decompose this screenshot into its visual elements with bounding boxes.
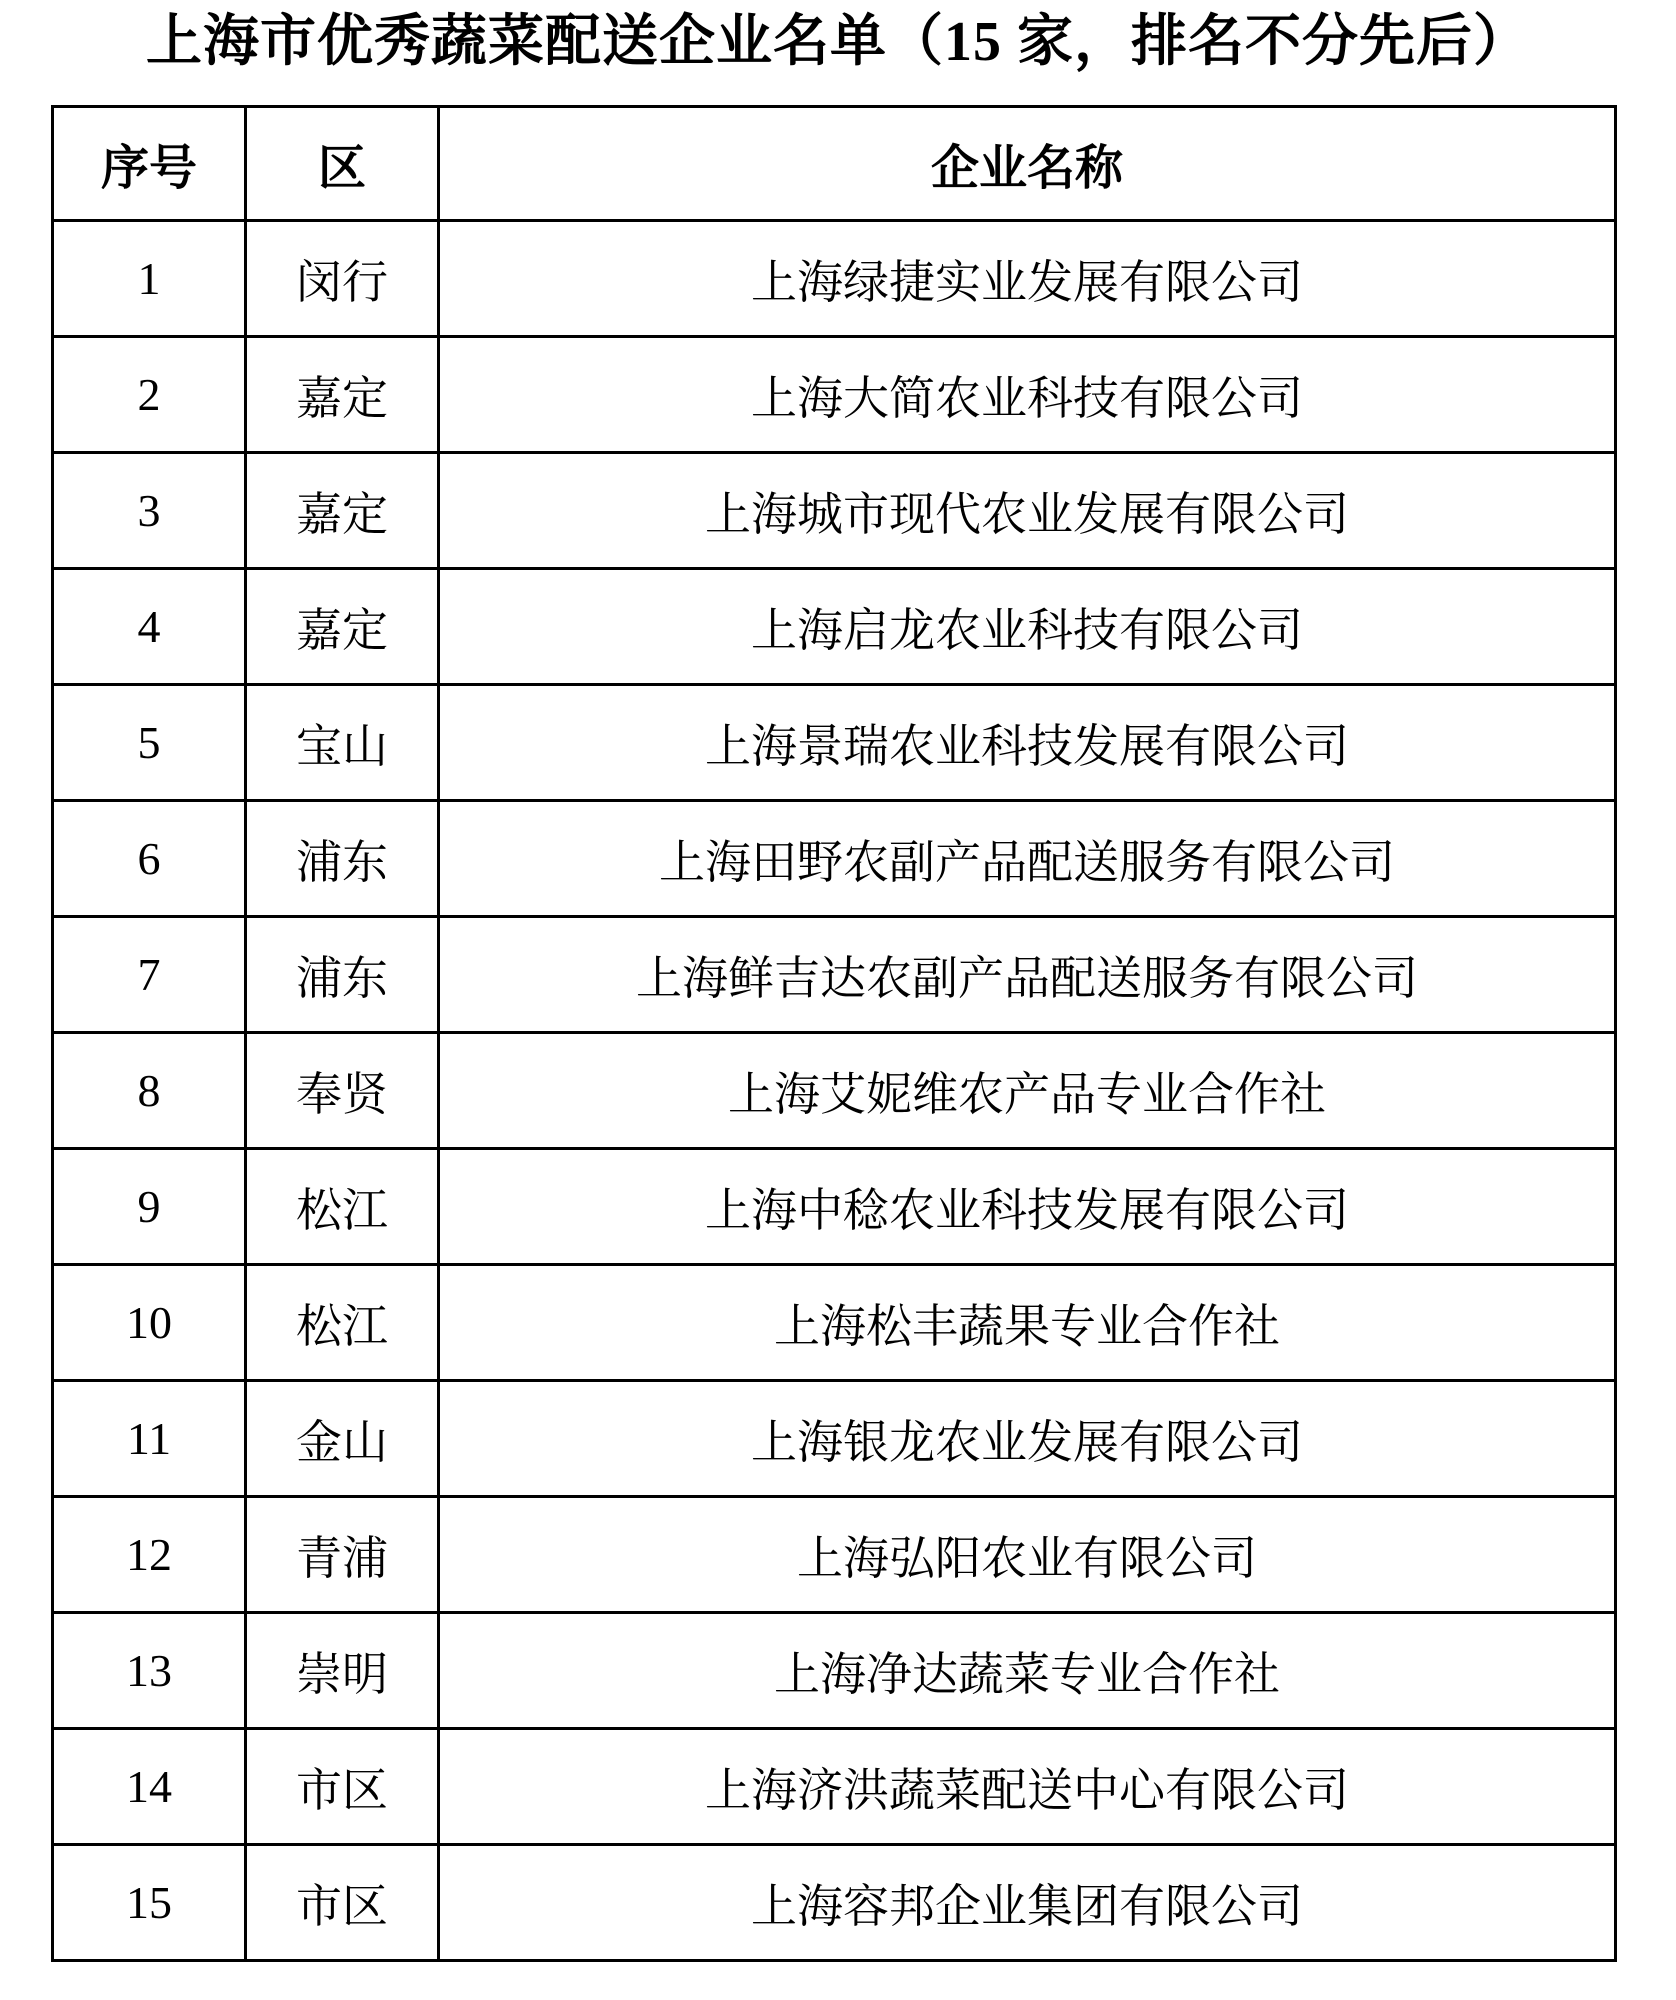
cell-company: 上海银龙农业发展有限公司	[439, 1381, 1616, 1497]
header-cell-index: 序号	[53, 107, 246, 221]
cell-company: 上海启龙农业科技有限公司	[439, 569, 1616, 685]
cell-district: 松江	[246, 1265, 439, 1381]
cell-index: 5	[53, 685, 246, 801]
table-row: 9松江上海中稔农业科技发展有限公司	[53, 1149, 1616, 1265]
cell-district: 奉贤	[246, 1033, 439, 1149]
cell-index: 12	[53, 1497, 246, 1613]
cell-district: 浦东	[246, 801, 439, 917]
cell-district: 浦东	[246, 917, 439, 1033]
cell-district: 宝山	[246, 685, 439, 801]
cell-company: 上海景瑞农业科技发展有限公司	[439, 685, 1616, 801]
header-cell-company: 企业名称	[439, 107, 1616, 221]
table-body: 1闵行上海绿捷实业发展有限公司2嘉定上海大简农业科技有限公司3嘉定上海城市现代农…	[53, 221, 1616, 1961]
page-title: 上海市优秀蔬菜配送企业名单（15 家，排名不分先后）	[0, 0, 1676, 74]
cell-district: 嘉定	[246, 337, 439, 453]
table-row: 11金山上海银龙农业发展有限公司	[53, 1381, 1616, 1497]
cell-company: 上海净达蔬菜专业合作社	[439, 1613, 1616, 1729]
cell-index: 11	[53, 1381, 246, 1497]
cell-company: 上海城市现代农业发展有限公司	[439, 453, 1616, 569]
cell-company: 上海大简农业科技有限公司	[439, 337, 1616, 453]
cell-company: 上海容邦企业集团有限公司	[439, 1845, 1616, 1961]
cell-district: 松江	[246, 1149, 439, 1265]
table-row: 13崇明上海净达蔬菜专业合作社	[53, 1613, 1616, 1729]
cell-index: 13	[53, 1613, 246, 1729]
cell-index: 2	[53, 337, 246, 453]
table-row: 12青浦上海弘阳农业有限公司	[53, 1497, 1616, 1613]
table-row: 10松江上海松丰蔬果专业合作社	[53, 1265, 1616, 1381]
cell-district: 崇明	[246, 1613, 439, 1729]
cell-district: 青浦	[246, 1497, 439, 1613]
table-row: 3嘉定上海城市现代农业发展有限公司	[53, 453, 1616, 569]
cell-index: 9	[53, 1149, 246, 1265]
cell-company: 上海田野农副产品配送服务有限公司	[439, 801, 1616, 917]
table-row: 14市区上海济洪蔬菜配送中心有限公司	[53, 1729, 1616, 1845]
cell-company: 上海中稔农业科技发展有限公司	[439, 1149, 1616, 1265]
header-cell-district: 区	[246, 107, 439, 221]
cell-company: 上海绿捷实业发展有限公司	[439, 221, 1616, 337]
company-table: 序号 区 企业名称 1闵行上海绿捷实业发展有限公司2嘉定上海大简农业科技有限公司…	[51, 105, 1617, 1962]
cell-index: 4	[53, 569, 246, 685]
table-row: 5宝山上海景瑞农业科技发展有限公司	[53, 685, 1616, 801]
table-row: 6浦东上海田野农副产品配送服务有限公司	[53, 801, 1616, 917]
cell-index: 15	[53, 1845, 246, 1961]
table-row: 15市区上海容邦企业集团有限公司	[53, 1845, 1616, 1961]
table-row: 8奉贤上海艾妮维农产品专业合作社	[53, 1033, 1616, 1149]
table-row: 7浦东上海鲜吉达农副产品配送服务有限公司	[53, 917, 1616, 1033]
cell-company: 上海鲜吉达农副产品配送服务有限公司	[439, 917, 1616, 1033]
document-page: 上海市优秀蔬菜配送企业名单（15 家，排名不分先后） 序号 区 企业名称 1闵行…	[0, 0, 1676, 2000]
cell-index: 3	[53, 453, 246, 569]
cell-company: 上海松丰蔬果专业合作社	[439, 1265, 1616, 1381]
cell-index: 6	[53, 801, 246, 917]
cell-company: 上海艾妮维农产品专业合作社	[439, 1033, 1616, 1149]
cell-company: 上海弘阳农业有限公司	[439, 1497, 1616, 1613]
cell-company: 上海济洪蔬菜配送中心有限公司	[439, 1729, 1616, 1845]
cell-district: 闵行	[246, 221, 439, 337]
cell-district: 市区	[246, 1845, 439, 1961]
cell-district: 嘉定	[246, 453, 439, 569]
cell-index: 1	[53, 221, 246, 337]
table-header-row: 序号 区 企业名称	[53, 107, 1616, 221]
table-row: 1闵行上海绿捷实业发展有限公司	[53, 221, 1616, 337]
cell-index: 8	[53, 1033, 246, 1149]
cell-district: 金山	[246, 1381, 439, 1497]
table-head: 序号 区 企业名称	[53, 107, 1616, 221]
cell-index: 14	[53, 1729, 246, 1845]
cell-district: 市区	[246, 1729, 439, 1845]
cell-district: 嘉定	[246, 569, 439, 685]
table-row: 4嘉定上海启龙农业科技有限公司	[53, 569, 1616, 685]
cell-index: 10	[53, 1265, 246, 1381]
cell-index: 7	[53, 917, 246, 1033]
table-row: 2嘉定上海大简农业科技有限公司	[53, 337, 1616, 453]
